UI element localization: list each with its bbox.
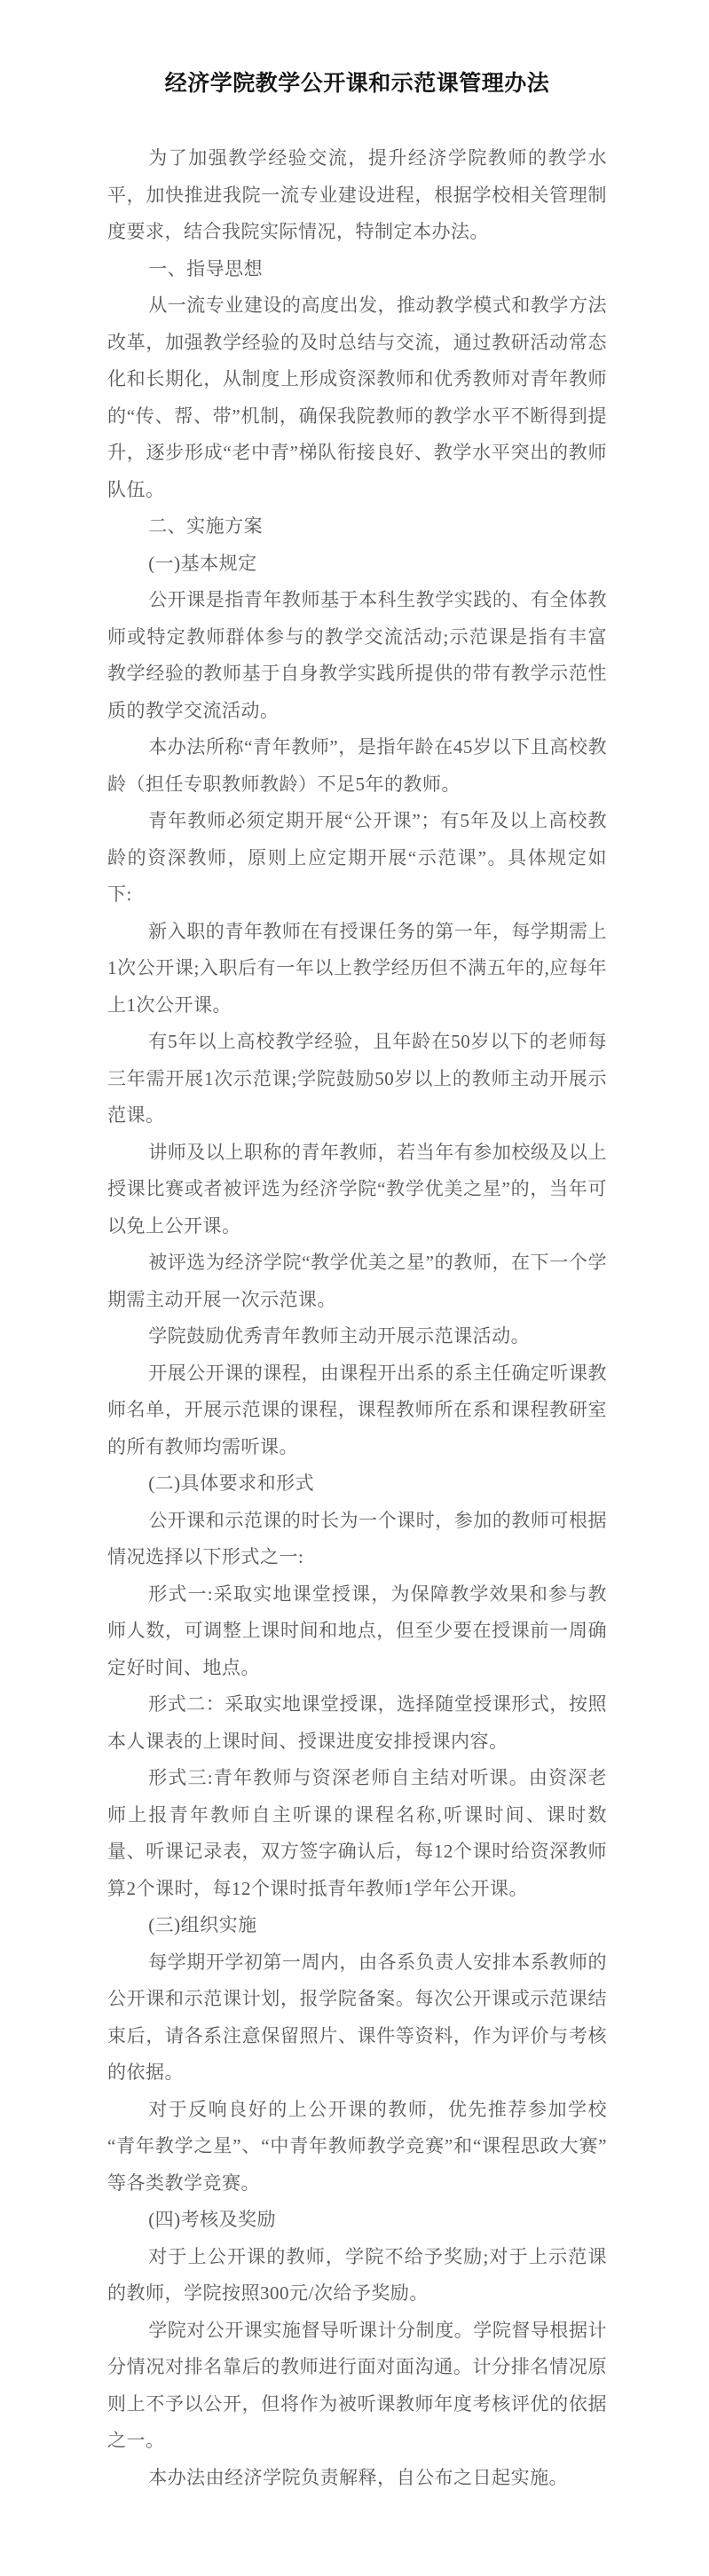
section-heading: 二、实施方案	[107, 508, 607, 546]
paragraph: 本办法所称“青年教师”，是指年龄在45岁以下且高校教龄（担任专职教师教龄）不足5…	[107, 729, 607, 803]
paragraph: 讲师及以上职称的青年教师，若当年有参加校级及以上授课比赛或者被评选为经济学院“教…	[107, 1135, 607, 1245]
paragraph: 有5年以上高校教学经验，且年龄在50岁以下的老师每三年需开展1次示范课;学院鼓励…	[107, 1024, 607, 1135]
paragraph: 开展公开课的课程，由课程开出系的系主任确定听课教师名单，开展示范课的课程，课程教…	[107, 1355, 607, 1466]
paragraph: 每学期开学初第一周内，由各系负责人安排本系教师的公开课和示范课计划，报学院备案。…	[107, 1944, 607, 2092]
paragraph: 形式二：采取实地课堂授课，选择随堂授课形式，按照本人课表的上课时间、授课进度安排…	[107, 1686, 607, 1760]
paragraph: 公开课和示范课的时长为一个课时，参加的教师可根据情况选择以下形式之一:	[107, 1503, 607, 1576]
paragraph: 对于反响良好的上公开课的教师，优先推荐参加学校“青年教学之星”、“中青年教师教学…	[107, 2092, 607, 2203]
section-heading: (三)组织实施	[107, 1907, 607, 1944]
paragraph: 被评选为经济学院“教学优美之星”的教师，在下一个学期需主动开展一次示范课。	[107, 1245, 607, 1318]
paragraph: 对于上公开课的教师，学院不给予奖励;对于上示范课的教师，学院按照300元/次给予…	[107, 2239, 607, 2313]
paragraph: 本办法由经济学院负责解释，自公布之日起实施。	[107, 2460, 607, 2497]
paragraph: 青年教师必须定期开展“公开课”；有5年及以上高校教龄的资深教师，原则上应定期开展…	[107, 803, 607, 914]
paragraph: 形式三:青年教师与资深老师自主结对听课。由资深老师上报青年教师自主听课的课程名称…	[107, 1760, 607, 1907]
document-title: 经济学院教学公开课和示范课管理办法	[107, 69, 607, 99]
paragraph: 形式一:采取实地课堂授课，为保障教学效果和参与教师人数，可调整上课时间和地点，但…	[107, 1576, 607, 1687]
paragraph: 公开课是指青年教师基于本科生教学实践的、有全体教师或特定教师群体参与的教学交流活…	[107, 582, 607, 729]
paragraph: 从一流专业建设的高度出发，推动教学模式和教学方法改革，加强教学经验的及时总结与交…	[107, 287, 607, 508]
paragraph: 学院鼓励优秀青年教师主动开展示范课活动。	[107, 1318, 607, 1355]
section-heading: (二)具体要求和形式	[107, 1465, 607, 1503]
document-body: 为了加强教学经验交流，提升经济学院教师的教学水平，加快推进我院一流专业建设进程，…	[107, 140, 607, 2496]
document-page: 经济学院教学公开课和示范课管理办法 为了加强教学经验交流，提升经济学院教师的教学…	[0, 0, 709, 2576]
section-heading: (四)考核及奖励	[107, 2202, 607, 2239]
section-heading: 一、指导思想	[107, 251, 607, 288]
paragraph: 新入职的青年教师在有授课任务的第一年，每学期需上1次公开课;入职后有一年以上教学…	[107, 914, 607, 1025]
section-heading: (一)基本规定	[107, 546, 607, 583]
paragraph: 学院对公开课实施督导听课计分制度。学院督导根据计分情况对排名靠后的教师进行面对面…	[107, 2313, 607, 2460]
paragraph: 为了加强教学经验交流，提升经济学院教师的教学水平，加快推进我院一流专业建设进程，…	[107, 140, 607, 251]
